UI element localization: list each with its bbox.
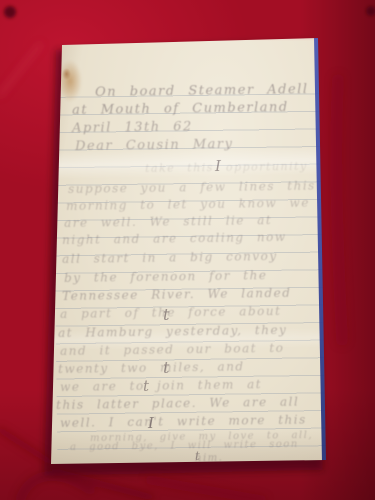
letter-paper: On board Steamer Adellat Mouth of Cumber… <box>45 33 337 469</box>
handwriting-line: take this opportunity to <box>145 159 334 175</box>
handwriting-dark-stroke: I <box>215 157 221 175</box>
handwriting-layer: On board Steamer Adellat Mouth of Cumber… <box>45 33 337 469</box>
handwriting-line: a good bye, I will write soon <box>70 439 299 453</box>
handwriting-dark-stroke: t <box>143 377 149 395</box>
handwriting-dark-stroke: t <box>163 358 170 377</box>
velvet-dark-spot <box>4 6 16 18</box>
handwriting-dark-stroke: I <box>148 414 154 432</box>
handwriting-line: at Mouth of Cumberland <box>72 100 289 118</box>
crease-line <box>150 480 262 500</box>
handwriting-line: On board Steamer Adell <box>95 82 309 100</box>
handwriting-line: suppose you a few lines this <box>68 179 316 196</box>
crease-line <box>20 476 90 500</box>
handwriting-line: Tennessee River. We landed <box>62 286 292 303</box>
handwriting-line: twenty two miles, and <box>58 359 245 376</box>
handwriting-line: Dear Cousin Mary <box>75 137 234 154</box>
handwriting-line: morning to let you know we <box>66 196 310 213</box>
handwriting-line: this latter place. We are all <box>56 395 299 412</box>
handwriting-line: and it passed our boat to <box>60 341 285 358</box>
handwriting-dark-stroke: t <box>195 449 200 463</box>
handwriting-line: are well. We still lie at <box>64 213 272 230</box>
handwriting-line: we are to join them at <box>60 377 262 394</box>
handwriting-line: April 13th 62 <box>72 119 193 136</box>
handwriting-line: well. I can't write more this <box>60 413 307 430</box>
velvet-dark-spot <box>366 6 375 16</box>
handwriting-line: a part of the force about <box>60 304 281 321</box>
crease-line <box>0 430 50 462</box>
handwriting-line: at Hamburg yesterday, they <box>58 323 287 340</box>
handwriting-dark-stroke: t <box>163 305 170 324</box>
crease-line <box>336 80 342 340</box>
photo-scene: On board Steamer Adellat Mouth of Cumber… <box>0 0 375 500</box>
handwriting-line: night and are coaling now <box>62 230 287 247</box>
handwriting-line: by the forenoon for the <box>64 268 268 285</box>
crease-highlight <box>0 45 40 95</box>
handwriting-line: all start in a big convoy <box>62 249 278 266</box>
